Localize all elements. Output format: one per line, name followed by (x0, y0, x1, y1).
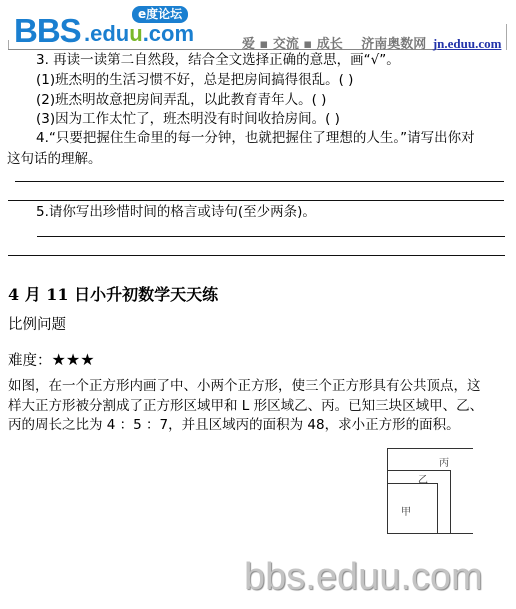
label-jia: 甲 (401, 503, 411, 518)
site-name: 济南奥数网 (361, 37, 426, 52)
logo-badge: e度论坛 (132, 6, 188, 23)
question-4-continued: 这句话的理解。 (7, 150, 102, 168)
site-link[interactable]: jn.eduu.com (433, 36, 502, 51)
header-slogan: 爱 ▪ 交流 ▪ 成长 济南奥数网 jn.eduu.com (242, 33, 501, 52)
squares-figure: 丙 乙 甲 (387, 448, 472, 534)
label-yi: 乙 (418, 471, 428, 486)
difficulty-stars: ★★★ (52, 350, 95, 369)
logo-bbs: BBS (14, 14, 81, 47)
problem-line-3: 丙的周长之比为 4 ：5 ：7，并且区域丙的面积为 48，求小正方形的面积。 (8, 416, 460, 436)
math-title: 4 月 11 日小升初数学天天练 (8, 282, 218, 305)
question-3-option-3: (3)因为工作太忙了，班杰明没有时间收拾房间。( ) (36, 110, 340, 128)
label-bing: 丙 (439, 454, 449, 469)
header-divider-right (506, 24, 507, 50)
small-square (387, 483, 438, 534)
difficulty-label: 难度： (8, 353, 52, 369)
answer-line-5b[interactable] (8, 255, 505, 256)
slogan-text: 爱 ▪ 交流 ▪ 成长 (242, 37, 343, 52)
math-topic: 比例问题 (8, 313, 66, 334)
logo-domain: .eduu.com (84, 22, 194, 46)
question-3-option-1: (1)班杰明的生活习惯不好，总是把房间搞得很乱。( ) (36, 71, 353, 89)
question-3-option-2: (2)班杰明故意把房间弄乱，以此教育青年人。( ) (36, 91, 326, 109)
problem-line-1: 如图，在一个正方形内画了中、小两个正方形，使三个正方形具有公共顶点，这 (8, 377, 481, 397)
watermark: bbs.eduu.com (244, 556, 483, 599)
difficulty: 难度：★★★ (8, 349, 95, 370)
answer-line-4a[interactable] (15, 181, 504, 182)
problem-line-2: 样大正方形被分割成了正方形区域甲和 L 形区域乙、丙。已知三块区域甲、乙、 (8, 397, 483, 417)
answer-line-5a[interactable] (37, 236, 505, 237)
question-5: 5.请你写出珍惜时间的格言或诗句(至少两条)。 (36, 203, 316, 221)
question-4: 4.“只要把握住生命里的每一分钟，也就把握住了理想的人生。”请写出你对 (36, 129, 475, 147)
answer-line-4b[interactable] (8, 200, 504, 201)
question-3: 3. 再读一读第二自然段，结合全文选择正确的意思，画“√”。 (36, 51, 400, 69)
